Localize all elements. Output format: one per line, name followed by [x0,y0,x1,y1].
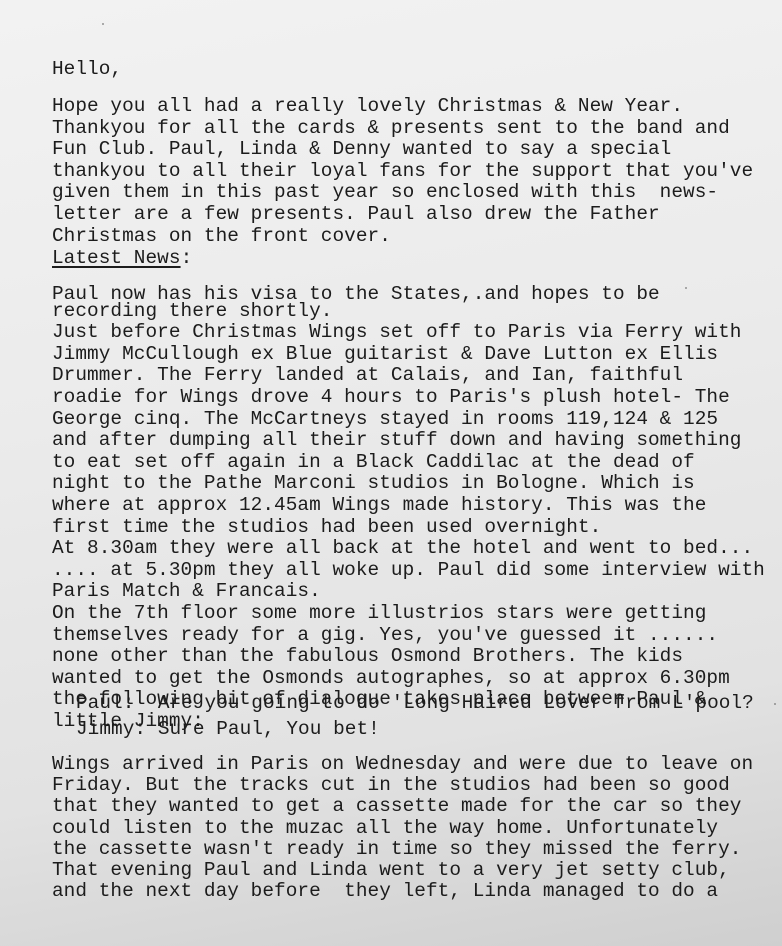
news-line: and after dumping all their stuff down a… [52,430,765,452]
news-line: George cinq. The McCartneys stayed in ro… [52,409,765,431]
closing-line: the cassette wasn't ready in time so the… [52,839,753,860]
intro-line: Hope you all had a really lovely Christm… [52,96,753,118]
closing-line: that they wanted to get a cassette made … [52,796,753,817]
intro-line: given them in this past year so enclosed… [52,182,753,204]
news-line: On the 7th floor some more illustrios st… [52,603,765,625]
news-line: At 8.30am they were all back at the hote… [52,538,765,560]
news-line: Drummer. The Ferry landed at Calais, and… [52,365,765,387]
dialogue-block: Paul: Are you going to do 'Long Haired L… [76,693,754,745]
dialogue-line-jimmy: Jimmy: Sure Paul, You bet! [76,719,754,745]
section-heading-text: Latest News [52,247,181,269]
news-line: Jimmy McCullough ex Blue guitarist & Dav… [52,344,765,366]
news-line: themselves ready for a gig. Yes, you've … [52,625,765,647]
intro-line: thankyou to all their loyal fans for the… [52,161,753,183]
dialogue-speaker: Paul: [76,692,134,714]
news-line: Paris Match & Francais. [52,581,765,603]
closing-line: could listen to the muzac all the way ho… [52,818,753,839]
intro-line: Fun Club. Paul, Linda & Denny wanted to … [52,139,753,161]
greeting: Hello, [52,59,122,81]
news-paragraph: Paul now has his visa to the States,.and… [52,284,765,733]
news-line: Paul now has his visa to the States,.and… [52,284,765,301]
closing-line: That evening Paul and Linda went to a ve… [52,860,753,881]
closing-line: and the next day before they left, Linda… [52,881,753,902]
intro-paragraph: Hope you all had a really lovely Christm… [52,96,753,247]
closing-paragraph: Wings arrived in Paris on Wednesday and … [52,754,753,902]
intro-line: letter are a few presents. Paul also dre… [52,204,753,226]
intro-line: Christmas on the front cover. [52,226,753,248]
paper-speck [685,287,687,289]
closing-line: Friday. But the tracks cut in the studio… [52,775,753,796]
news-line: roadie for Wings drove 4 hours to Paris'… [52,387,765,409]
news-line: .... at 5.30pm they all woke up. Paul di… [52,560,765,582]
greeting-text: Hello, [52,59,122,81]
dialogue-speaker: Jimmy: [76,718,146,740]
news-line: Just before Christmas Wings set off to P… [52,322,765,344]
section-heading-latest-news: Latest News: [52,248,192,270]
news-line: night to the Pathe Marconi studios in Bo… [52,473,765,495]
news-line: none other than the fabulous Osmond Brot… [52,646,765,668]
news-line: wanted to get the Osmonds autographes, s… [52,668,765,690]
dialogue-text: Are you going to do 'Long Haired Lover f… [158,692,754,714]
section-heading-colon: : [181,247,193,269]
closing-line: Wings arrived in Paris on Wednesday and … [52,754,753,775]
news-line: first time the studios had been used ove… [52,517,765,539]
paper-speck [774,703,776,705]
intro-line: Thankyou for all the cards & presents se… [52,118,753,140]
dialogue-text: Sure Paul, You bet! [158,718,380,740]
news-line: where at approx 12.45am Wings made histo… [52,495,765,517]
news-line: to eat set off again in a Black Caddilac… [52,452,765,474]
dialogue-line-paul: Paul: Are you going to do 'Long Haired L… [76,693,754,719]
paper-speck [102,23,104,25]
